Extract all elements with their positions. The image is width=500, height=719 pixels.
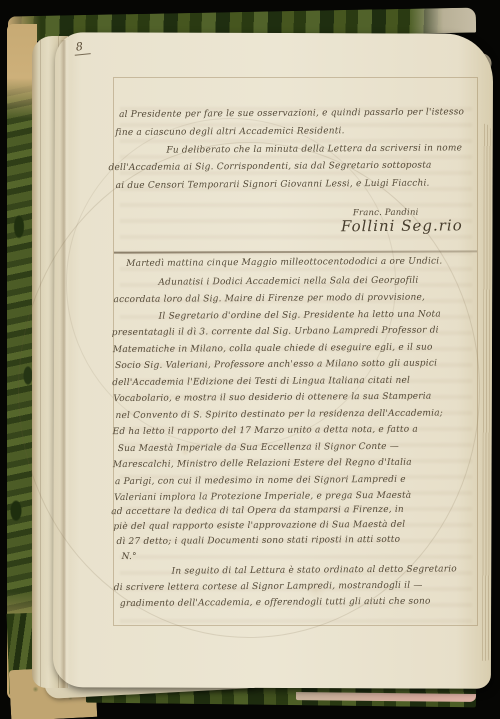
manuscript-line: N.°	[122, 552, 137, 562]
manuscript-line: Matematiche in Milano, colla quale chied…	[113, 343, 433, 356]
manuscript-line: dell'Accademia l'Edizione dei Testi di L…	[112, 376, 410, 388]
handwriting-layer: al Presidente per fare le sue osservazio…	[0, 0, 500, 719]
manuscript-line: ai due Censori Temporarii Signori Giovan…	[116, 179, 430, 191]
manuscript-line: al Presidente per fare le sue osservazio…	[119, 107, 464, 120]
manuscript-line: Fu deliberato che la minuta della Letter…	[166, 143, 462, 155]
manuscript-line: Adunatisi i Dodici Accademici nella Sala…	[158, 276, 418, 288]
manuscript-line: piè del qual rapporto esiste l'approvazi…	[113, 520, 405, 532]
manuscript-line: Martedì mattina cinque Maggio milleottoc…	[126, 256, 442, 268]
manuscript-line: dì 27 detto; i quali Documenti sono stat…	[116, 535, 400, 547]
manuscript-line: Valeriani implora la Protezione Imperial…	[114, 491, 411, 503]
manuscript-line: presentatagli il dì 3. corrente dal Sig.…	[112, 326, 439, 339]
manuscript-line: a Parigi, con cui il medesimo in nome de…	[115, 475, 406, 487]
manuscript-photo: 8 al Presidente per fare le sue osservaz…	[0, 0, 500, 719]
manuscript-line: Marescalchi, Ministro delle Relazioni Es…	[113, 458, 412, 470]
manuscript-line: In seguito di tal Lettura è stato ordina…	[172, 564, 457, 576]
manuscript-line: Sua Maestà Imperiale da Sua Eccellenza i…	[118, 442, 399, 454]
manuscript-line: nel Convento di S. Spirito destinato per…	[115, 408, 443, 421]
signature-secretary: Follini Seg.rio	[341, 216, 463, 235]
manuscript-line: di scrivere lettera cortese al Signor La…	[114, 581, 423, 593]
manuscript-line: ad accettare la dedica di tal Opera da s…	[111, 505, 404, 517]
manuscript-line: Socio Sig. Valeriani, Professore anch'es…	[115, 359, 437, 372]
manuscript-line: Ed ha letto il rapporto del 17 Marzo uni…	[113, 425, 419, 437]
manuscript-line: dell'Accademia ai Sig. Corrispondenti, s…	[108, 161, 431, 174]
manuscript-line: Il Segretario d'ordine del Sig. Presiden…	[159, 309, 441, 321]
manuscript-line: gradimento dell'Accademia, e offerendogl…	[120, 597, 431, 609]
manuscript-line: accordata loro dal Sig. Maire di Firenze…	[113, 293, 425, 305]
manuscript-line: fine a ciascuno degli altri Accademici R…	[115, 126, 345, 138]
manuscript-line: Vocabolario, e mostra il suo desiderio d…	[113, 392, 431, 404]
